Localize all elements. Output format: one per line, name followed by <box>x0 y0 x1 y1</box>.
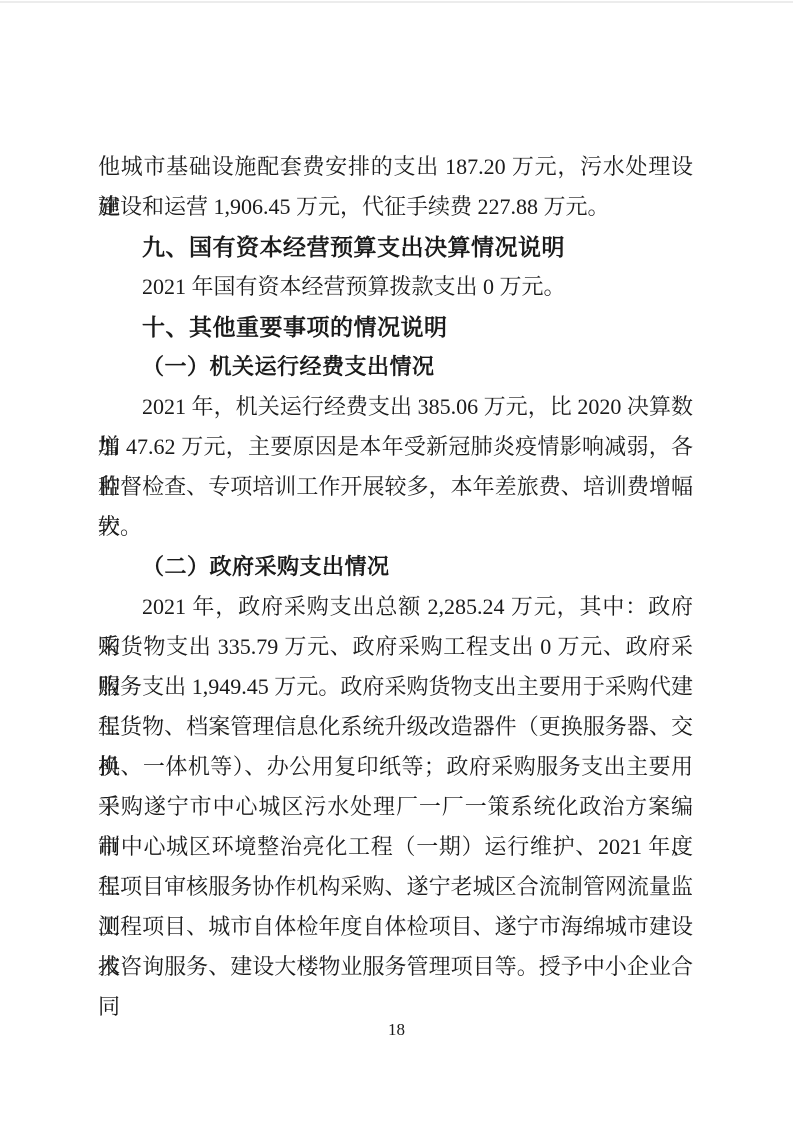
scan-artifact <box>0 1 793 3</box>
text-line: 加 47.62 万元，主要原因是本年受新冠肺炎疫情影响减弱，各种 <box>98 427 693 467</box>
text-line: 2021 年国有资本经营预算拨款支出 0 万元。 <box>98 267 693 307</box>
text-line: 他城市基础设施配套费安排的支出 187.20 万元，污水处理设施 <box>98 147 693 187</box>
document-page: 他城市基础设施配套费安排的支出 187.20 万元，污水处理设施建设和运营 1,… <box>0 0 793 1122</box>
text-line: 2021 年，政府采购支出总额 2,285.24 万元，其中：政府采 <box>98 587 693 627</box>
text-line: 程货物、档案管理信息化系统升级改造器件（更换服务器、交换 <box>98 707 693 747</box>
text-line: 市中心城区环境整治亮化工程（一期）运行维护、2021 年度工 <box>98 827 693 867</box>
text-line: 术咨询服务、建设大楼物业服务管理项目等。授予中小企业合同 <box>98 947 693 987</box>
text-line: 购货物支出 335.79 万元、政府采购工程支出 0 万元、政府采购 <box>98 627 693 667</box>
document-body: 他城市基础设施配套费安排的支出 187.20 万元，污水处理设施建设和运营 1,… <box>98 147 693 987</box>
text-line: 工程项目、城市自体检年度自体检项目、遂宁市海绵城市建设技 <box>98 907 693 947</box>
heading-line: 十、其他重要事项的情况说明 <box>98 307 693 347</box>
subheading-line: （二）政府采购支出情况 <box>98 547 693 587</box>
text-line: 建设和运营 1,906.45 万元，代征手续费 227.88 万元。 <box>98 187 693 227</box>
heading-line: 九、国有资本经营预算支出决算情况说明 <box>98 227 693 267</box>
page-number: 18 <box>0 1018 793 1042</box>
text-line: 大。 <box>98 507 693 547</box>
text-line: 服务支出 1,949.45 万元。政府采购货物支出主要用于采购代建工 <box>98 667 693 707</box>
text-line: 程项目审核服务协作机构采购、遂宁老城区合流制管网流量监测 <box>98 867 693 907</box>
text-line: 2021 年，机关运行经费支出 385.06 万元，比 2020 决算数增 <box>98 387 693 427</box>
subheading-line: （一）机关运行经费支出情况 <box>98 347 693 387</box>
text-line: 机、一体机等）、办公用复印纸等；政府采购服务支出主要用于 <box>98 747 693 787</box>
text-line: 采购遂宁市中心城区污水处理厂一厂一策系统化政治方案编制、 <box>98 787 693 827</box>
text-line: 监督检查、专项培训工作开展较多，本年差旅费、培训费增幅较 <box>98 467 693 507</box>
